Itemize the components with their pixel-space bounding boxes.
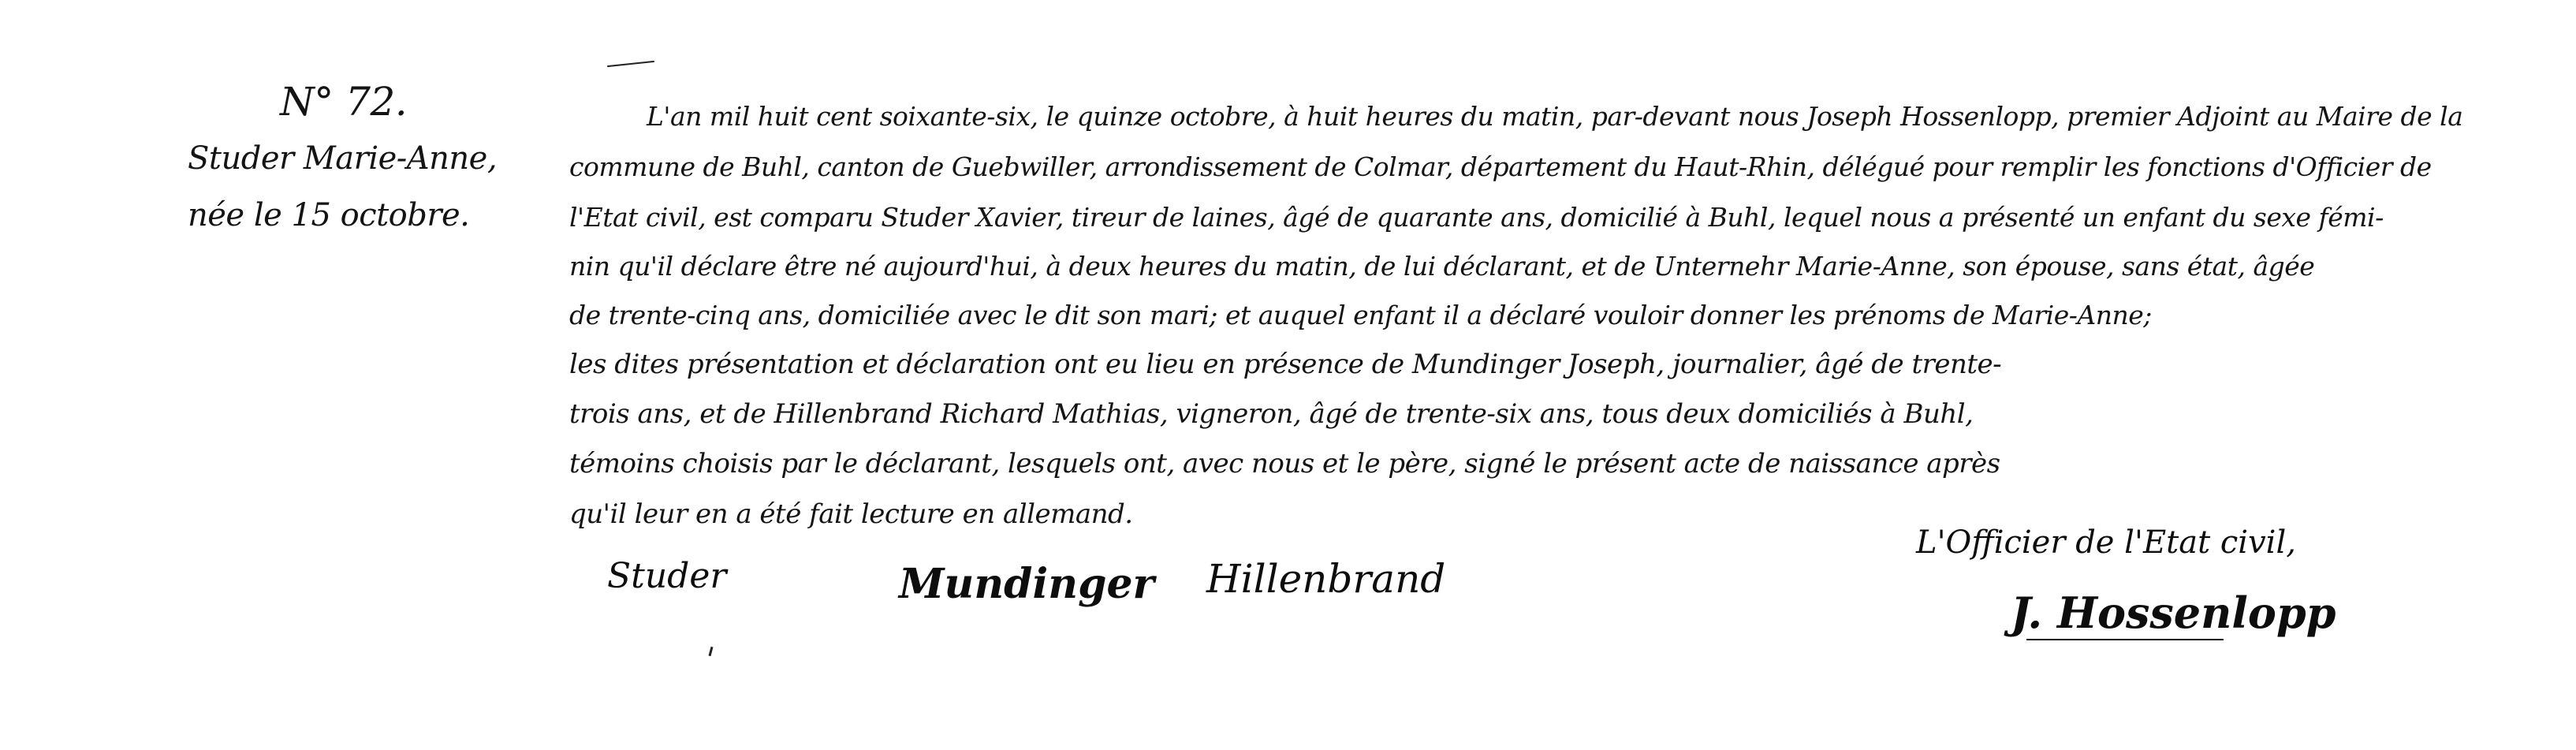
signature-official: J. Hossenlopp	[2011, 588, 2336, 638]
body-line-3: l'Etat civil, est comparu Studer Xavier,…	[569, 202, 2384, 233]
body-line-7: trois ans, et de Hillenbrand Richard Mat…	[569, 398, 1973, 430]
official-title: L'Officier de l'Etat civil,	[1916, 524, 2296, 561]
pen-flourish	[607, 61, 654, 67]
signature-witness-1: Mundinger	[899, 560, 1154, 608]
register-page: N° 72. Studer Marie-Anne, née le 15 octo…	[0, 0, 2576, 750]
body-line-9: qu'il leur en a été fait lecture en alle…	[569, 498, 1133, 530]
signature-father: Studer	[607, 556, 726, 596]
body-line-5: de trente-cinq ans, domiciliée avec le d…	[569, 300, 2152, 330]
subject-name: Studer Marie-Anne,	[188, 140, 497, 177]
body-line-6: les dites présentation et déclaration on…	[569, 349, 2001, 380]
body-line-4: nin qu'il déclare être né aujourd'hui, à…	[569, 251, 2314, 282]
entry-number: N° 72.	[280, 79, 407, 125]
birth-note: née le 15 octobre.	[188, 197, 469, 233]
ink-mark	[708, 647, 713, 656]
body-line-1: L'an mil huit cent soixante-six, le quin…	[647, 101, 2397, 132]
signature-underline	[2026, 639, 2224, 640]
body-line-2: commune de Buhl, canton de Guebwiller, a…	[569, 151, 2432, 182]
body-line-8: témoins choisis par le déclarant, lesque…	[569, 448, 2000, 479]
signature-witness-2: Hillenbrand	[1206, 556, 1445, 602]
